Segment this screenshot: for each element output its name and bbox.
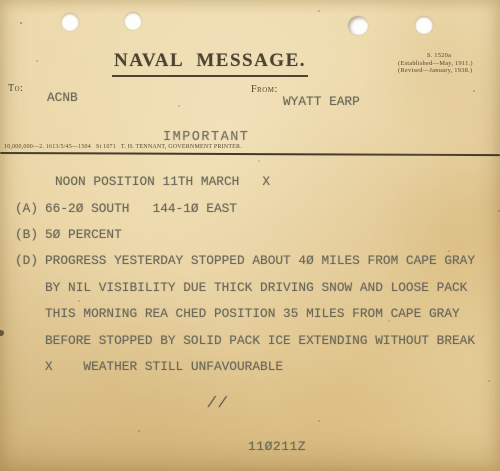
message-line-text: 66-2Ø SOUTH 144-1Ø EAST (45, 201, 500, 216)
message-line: BY NIL VISIBILITY DUE THICK DRIVING SNOW… (0, 280, 500, 295)
punch-hole (348, 16, 368, 35)
message-line: BEFORE STOPPED BY SOLID PACK ICE EXTENDI… (0, 333, 500, 348)
message-line-text: BEFORE STOPPED BY SOLID PACK ICE EXTENDI… (45, 333, 500, 348)
naval-message-form: { "form": { "title": "NAVAL MESSAGE.", "… (0, 0, 500, 471)
form-reference-block: S. 1520a (Established—May, 1911.) (Revis… (398, 52, 498, 75)
message-line: THIS MORNING REA CHED POSITION 35 MILES … (0, 306, 500, 321)
end-of-message-mark: // (206, 395, 230, 412)
message-line: X WEATHER STILL UNFAVOURABLE (0, 359, 500, 374)
punch-hole (415, 16, 433, 34)
message-line-label: (D) (15, 253, 38, 268)
form-number: S. 1520a (398, 52, 498, 60)
punch-hole (61, 13, 79, 31)
message-line-text: X WEATHER STILL UNFAVOURABLE (45, 359, 500, 374)
form-revised-date: (Revised—January, 1938.) (398, 67, 498, 75)
paper-specks (20, 22, 22, 24)
from-value: WYATT EARP (283, 94, 360, 109)
from-label: From: (251, 84, 278, 95)
message-line: (B) 5Ø PERCENT (0, 227, 500, 242)
header-divider-rule (0, 152, 500, 156)
message-line: (D) PROGRESS YESTERDAY STOPPED ABOUT 4Ø … (0, 253, 500, 268)
message-line-label: (A) (15, 201, 38, 216)
form-title: NAVAL MESSAGE. (112, 50, 308, 77)
form-established-date: (Established—May, 1911.) (398, 60, 498, 68)
to-label: To: (8, 83, 23, 94)
punch-hole (124, 12, 142, 30)
message-line-text: 5Ø PERCENT (45, 227, 500, 242)
message-line: (A) 66-2Ø SOUTH 144-1Ø EAST (0, 201, 500, 216)
date-time-group: 11Ø211Z (248, 439, 306, 454)
message-line-text: PROGRESS YESTERDAY STOPPED ABOUT 4Ø MILE… (45, 253, 500, 268)
message-line: NOON POSITION 11TH MARCH X (0, 174, 500, 189)
message-line-label: (B) (15, 227, 38, 242)
message-line-text: THIS MORNING REA CHED POSITION 35 MILES … (45, 306, 500, 321)
to-value: ACNB (47, 90, 78, 105)
message-line-text: BY NIL VISIBILITY DUE THICK DRIVING SNOW… (45, 280, 500, 295)
printer-imprint: 10,000,000—2. 1613/5/45—1504 St 1071 T. … (4, 144, 242, 150)
message-line-text: NOON POSITION 11TH MARCH X (55, 174, 500, 189)
priority-stamp: IMPORTANT (163, 130, 249, 145)
